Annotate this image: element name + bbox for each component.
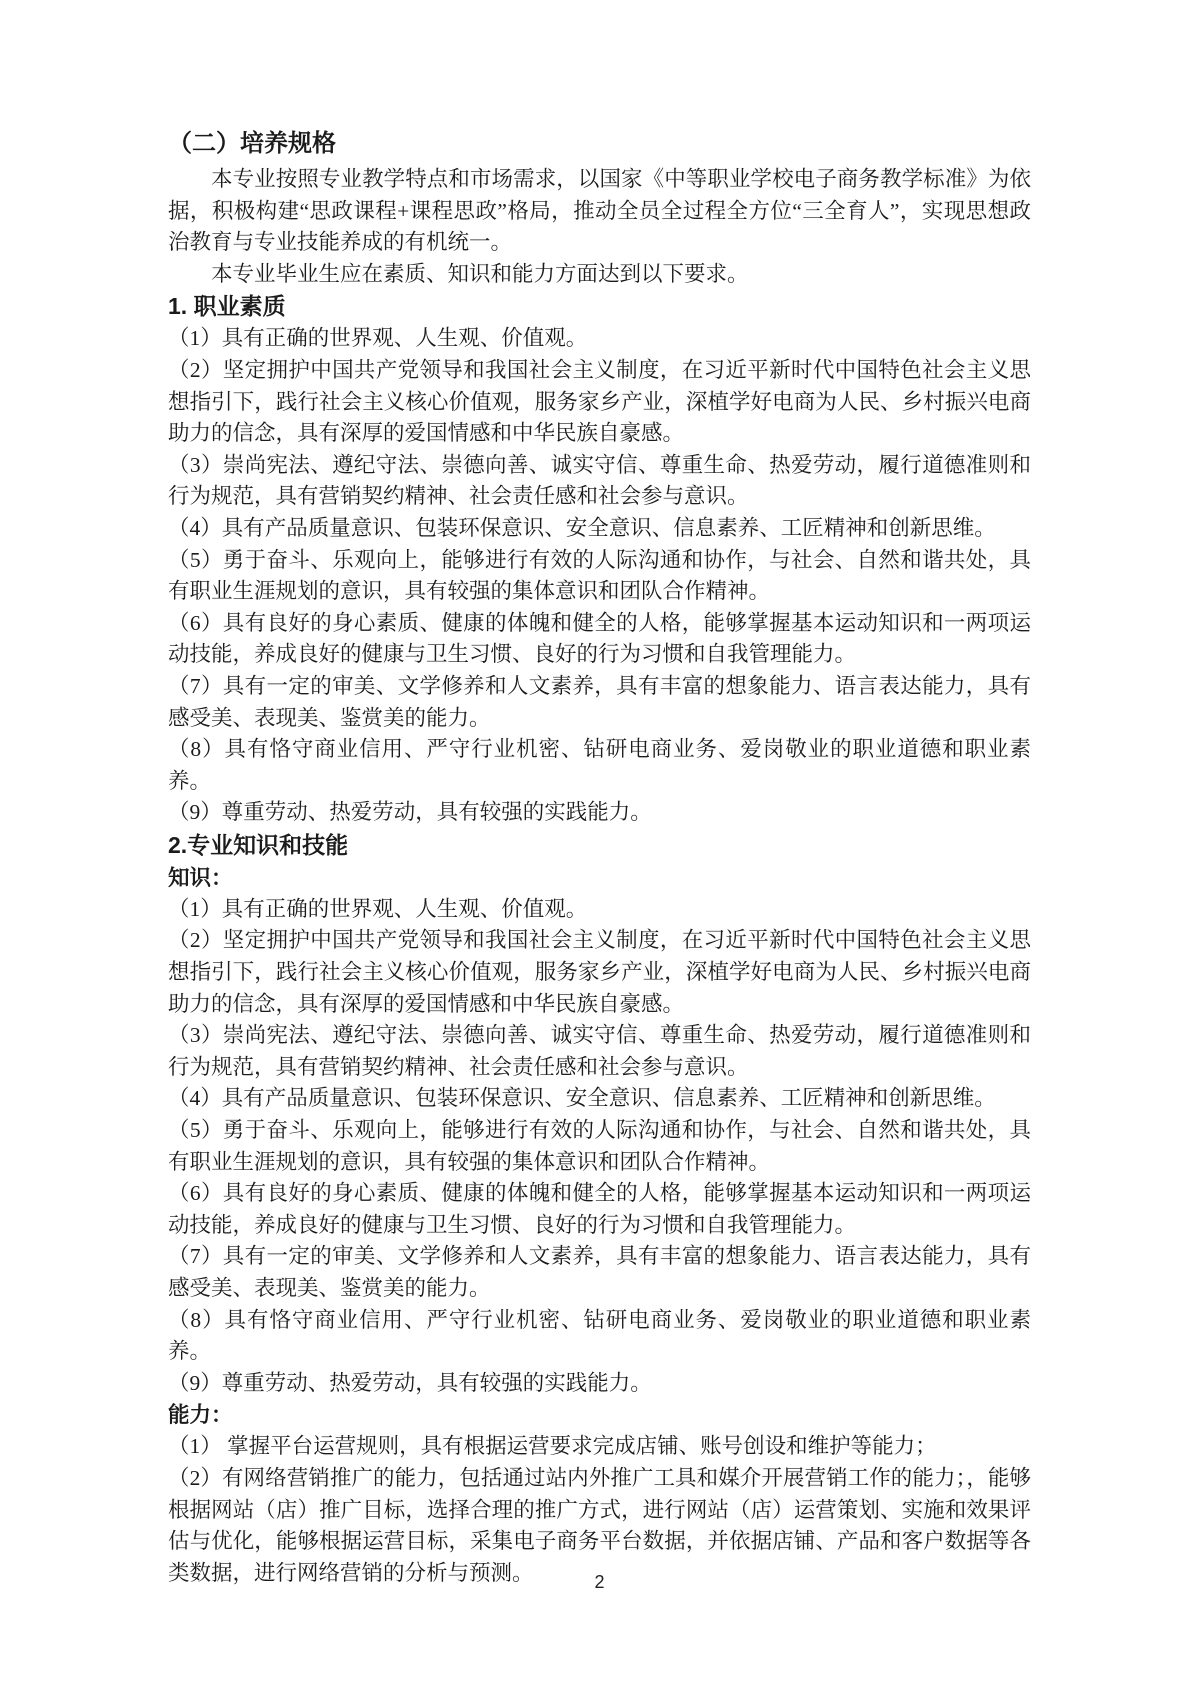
list-item: （1） 掌握平台运营规则，具有根据运营要求完成店铺、账号创设和维护等能力； xyxy=(168,1431,1031,1463)
page-number: 2 xyxy=(0,1572,1199,1593)
subsection-label-ability: 能力： xyxy=(168,1399,1031,1431)
list-item: （5）勇于奋斗、乐观向上，能够进行有效的人际沟通和协作，与社会、自然和谐共处，具… xyxy=(168,1115,1031,1178)
list-item: （3）崇尚宪法、遵纪守法、崇德向善、诚实守信、尊重生命、热爱劳动，履行道德准则和… xyxy=(168,1020,1031,1083)
list-item: （7）具有一定的审美、文学修养和人文素养，具有丰富的想象能力、语言表达能力，具有… xyxy=(168,671,1031,734)
document-content: （二）培养规格 本专业按照专业教学特点和市场需求，以国家《中等职业学校电子商务教… xyxy=(168,126,1031,1589)
list-item: （2）坚定拥护中国共产党领导和我国社会主义制度，在习近平新时代中国特色社会主义思… xyxy=(168,355,1031,450)
list-item: （9）尊重劳动、热爱劳动，具有较强的实践能力。 xyxy=(168,1368,1031,1400)
list-item: （4）具有产品质量意识、包装环保意识、安全意识、信息素养、工匠精神和创新思维。 xyxy=(168,513,1031,545)
intro-paragraph: 本专业按照专业教学特点和市场需求，以国家《中等职业学校电子商务教学标准》为依据，… xyxy=(168,164,1031,259)
list-item: （8）具有恪守商业信用、严守行业机密、钻研电商业务、爱岗敬业的职业道德和职业素养… xyxy=(168,1305,1031,1368)
list-item: （8）具有恪守商业信用、严守行业机密、钻研电商业务、爱岗敬业的职业道德和职业素养… xyxy=(168,734,1031,797)
section-heading-knowledge-skills: 2.专业知识和技能 xyxy=(168,829,1031,862)
list-item: （2）坚定拥护中国共产党领导和我国社会主义制度，在习近平新时代中国特色社会主义思… xyxy=(168,925,1031,1020)
list-item: （1）具有正确的世界观、人生观、价值观。 xyxy=(168,323,1031,355)
section-heading-training-specs: （二）培养规格 xyxy=(168,126,1031,162)
list-item: （1）具有正确的世界观、人生观、价值观。 xyxy=(168,894,1031,926)
list-item: （3）崇尚宪法、遵纪守法、崇德向善、诚实守信、尊重生命、热爱劳动，履行道德准则和… xyxy=(168,450,1031,513)
document-page: （二）培养规格 本专业按照专业教学特点和市场需求，以国家《中等职业学校电子商务教… xyxy=(0,0,1199,1696)
list-item: （7）具有一定的审美、文学修养和人文素养，具有丰富的想象能力、语言表达能力，具有… xyxy=(168,1241,1031,1304)
list-item: （6）具有良好的身心素质、健康的体魄和健全的人格，能够掌握基本运动知识和一两项运… xyxy=(168,1178,1031,1241)
list-item: （5）勇于奋斗、乐观向上，能够进行有效的人际沟通和协作，与社会、自然和谐共处，具… xyxy=(168,545,1031,608)
list-item: （9）尊重劳动、热爱劳动，具有较强的实践能力。 xyxy=(168,797,1031,829)
intro-paragraph: 本专业毕业生应在素质、知识和能力方面达到以下要求。 xyxy=(168,259,1031,291)
subsection-label-knowledge: 知识： xyxy=(168,862,1031,894)
list-item: （6）具有良好的身心素质、健康的体魄和健全的人格，能够掌握基本运动知识和一两项运… xyxy=(168,608,1031,671)
section-heading-professional-quality: 1. 职业素质 xyxy=(168,290,1031,323)
list-item: （4）具有产品质量意识、包装环保意识、安全意识、信息素养、工匠精神和创新思维。 xyxy=(168,1083,1031,1115)
list-item: （2）有网络营销推广的能力，包括通过站内外推广工具和媒介开展营销工作的能力；，能… xyxy=(168,1463,1031,1589)
